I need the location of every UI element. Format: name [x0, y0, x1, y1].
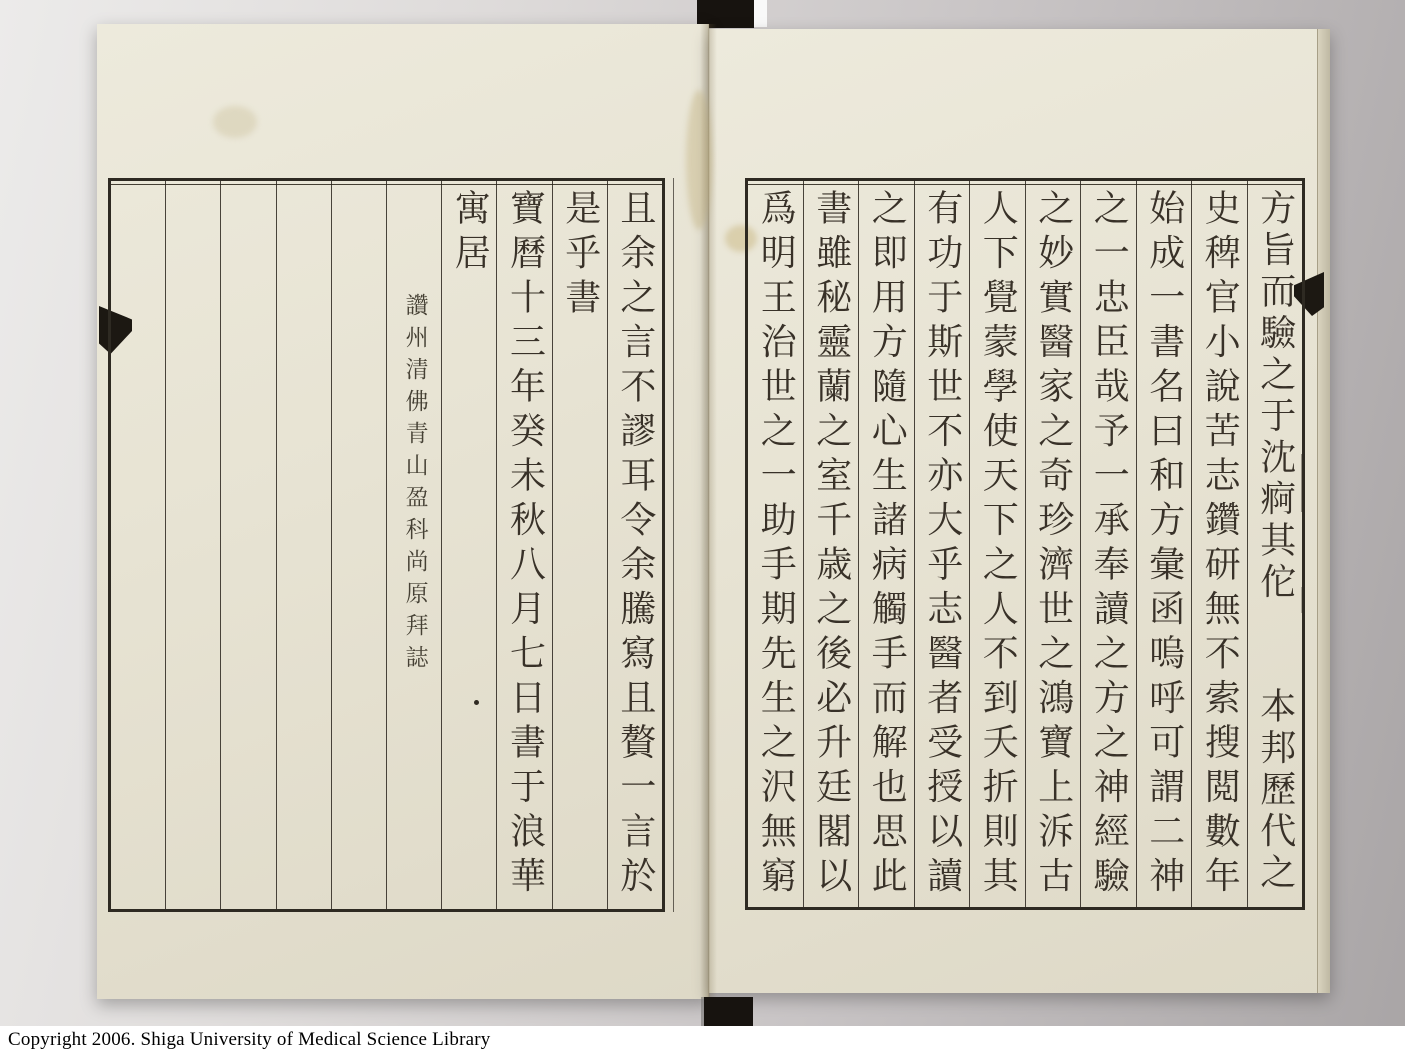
signature-text: 讚州清佛青山盈科尚原拜誌 — [403, 181, 426, 677]
right-col-10-text: 爲明王治世之一助手期先生之沢無窮 — [757, 181, 793, 901]
right-columns: 方旨而驗之于沈痾其佗 本邦歷代之 史稗官小說苦志鑽研無不索搜閲數年 始成一書名曰… — [748, 181, 1302, 907]
book-clamp-bottom — [704, 997, 753, 1028]
right-col-3-text: 始成一書名曰和方彙函嗚呼可謂二神 — [1146, 181, 1182, 901]
right-col-9-text: 書雖秘靈蘭之室千歳之後必升廷閣以 — [813, 181, 849, 901]
photo-backdrop: 且余之言不謬耳令余騰寫且贅一言於 是乎書 寶曆十三年癸未秋八月七日書于浪華 寓居… — [0, 0, 1405, 1054]
right-col-5: 之妙實醫家之奇珍濟世之鴻寶上泝古 — [1025, 181, 1081, 907]
right-col-8-text: 之即用方隨心生諸病觸手而解也思此 — [868, 181, 904, 901]
right-col-1: 方旨而驗之于沈痾其佗 本邦歷代之 — [1247, 181, 1303, 907]
left-text-frame: 且余之言不謬耳令余騰寫且贅一言於 是乎書 寶曆十三年癸未秋八月七日書于浪華 寓居… — [108, 178, 665, 912]
right-text-frame: 方旨而驗之于沈痾其佗 本邦歷代之 史稗官小說苦志鑽研無不索搜閲數年 始成一書名曰… — [745, 178, 1305, 910]
book-fold — [700, 24, 717, 999]
right-col-2: 史稗官小說苦志鑽研無不索搜閲數年 — [1191, 181, 1247, 907]
left-col-2-text: 是乎書 — [562, 181, 598, 323]
right-col-6: 人下覺蒙學使天下之人不到夭折則其 — [969, 181, 1025, 907]
left-columns: 且余之言不謬耳令余騰寫且贅一言於 是乎書 寶曆十三年癸未秋八月七日書于浪華 寓居… — [111, 181, 662, 909]
page-edge-stack — [1317, 29, 1330, 993]
right-col-9: 書雖秘靈蘭之室千歳之後必升廷閣以 — [803, 181, 859, 907]
copyright-bar: Copyright 2006. Shiga University of Medi… — [0, 1026, 1405, 1054]
left-col-10 — [111, 181, 165, 909]
right-col-1-text: 方旨而驗之于沈痾其佗 本邦歷代之 — [1257, 181, 1293, 895]
left-col-5-signature: 讚州清佛青山盈科尚原拜誌 — [386, 181, 441, 909]
right-col-4-text: 之一忠臣哉予一承奉讀之方之神經驗 — [1090, 181, 1126, 901]
left-col-4-text: 寓居 — [451, 181, 487, 278]
right-col-6-text: 人下覺蒙學使天下之人不到夭折則其 — [979, 181, 1015, 901]
copyright-text: Copyright 2006. Shiga University of Medi… — [0, 1029, 490, 1051]
left-col-3-text: 寶曆十三年癸未秋八月七日書于浪華 — [506, 181, 542, 901]
right-col-2-text: 史稗官小說苦志鑽研無不索搜閲數年 — [1201, 181, 1237, 901]
left-col-7 — [276, 181, 331, 909]
right-col-5-text: 之妙實醫家之奇珍濟世之鴻寶上泝古 — [1035, 181, 1071, 901]
fold-tear-stain — [686, 90, 712, 230]
left-col-1: 且余之言不謬耳令余騰寫且贅一言於 — [607, 181, 662, 909]
left-col-2: 是乎書 — [552, 181, 607, 909]
ruler-strip — [754, 0, 767, 27]
left-page: 且余之言不謬耳令余騰寫且贅一言於 是乎書 寶曆十三年癸未秋八月七日書于浪華 寓居… — [97, 24, 709, 999]
right-col-7-text: 有功于斯世不亦大乎志醫者受授以讀 — [924, 181, 960, 901]
right-col-8: 之即用方隨心生諸病觸手而解也思此 — [858, 181, 914, 907]
left-col-1-text: 且余之言不謬耳令余騰寫且贅一言於 — [617, 181, 653, 901]
paper-stain — [213, 106, 257, 138]
left-col-4: 寓居 — [441, 181, 496, 909]
left-col-8 — [220, 181, 275, 909]
left-col-3: 寶曆十三年癸未秋八月七日書于浪華 — [496, 181, 551, 909]
right-col-10: 爲明王治世之一助手期先生之沢無窮 — [748, 181, 803, 907]
right-col-7: 有功于斯世不亦大乎志醫者受授以讀 — [914, 181, 970, 907]
right-page: 方旨而驗之于沈痾其佗 本邦歷代之 史稗官小說苦志鑽研無不索搜閲數年 始成一書名曰… — [709, 29, 1330, 993]
right-col-3: 始成一書名曰和方彙函嗚呼可謂二神 — [1136, 181, 1192, 907]
left-col-6 — [331, 181, 386, 909]
right-col-4: 之一忠臣哉予一承奉讀之方之神經驗 — [1080, 181, 1136, 907]
left-col-9 — [165, 181, 220, 909]
